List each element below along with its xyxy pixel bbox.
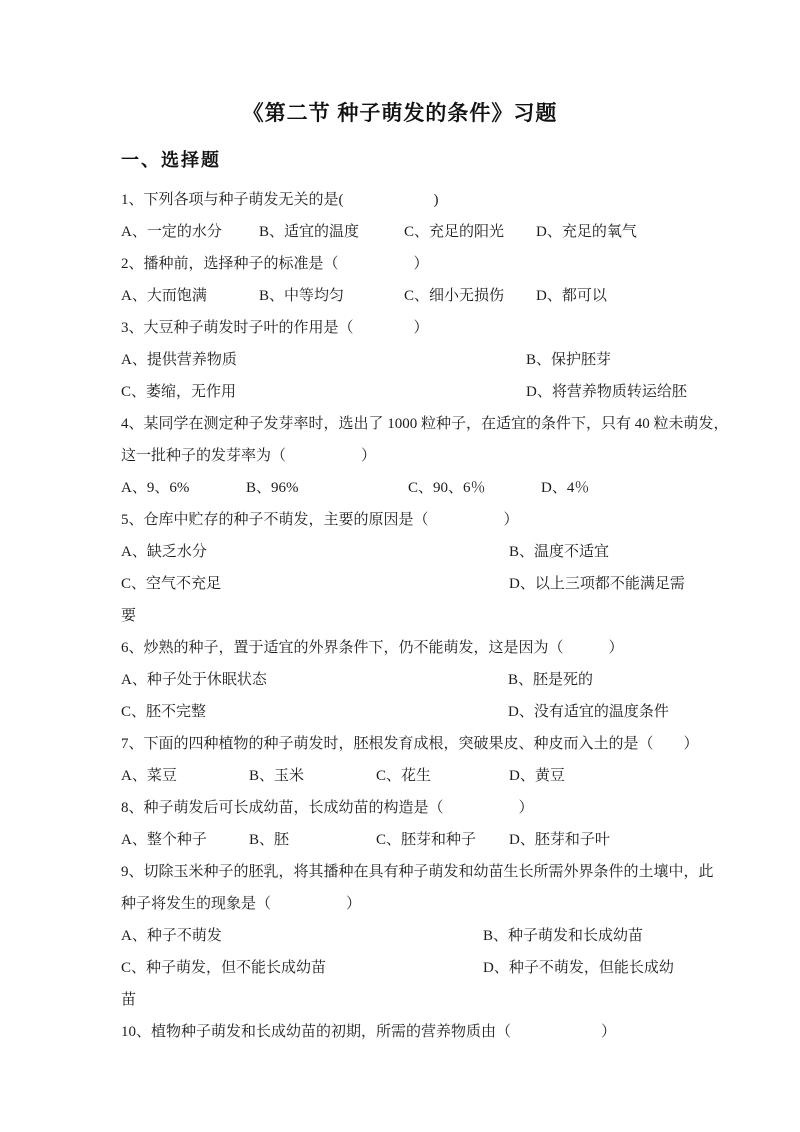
question-4-stem-line: 4、某同学在测定种子发芽率时，选出了 1000 粒种子，在适宜的条件下，只有 4… xyxy=(121,408,721,440)
option-text: D、都可以 xyxy=(536,284,607,308)
page-title: 《第二节 种子萌发的条件》习题 xyxy=(0,97,800,127)
question-4-stem-line: 这一批种子的发芽率为（ ） xyxy=(121,440,721,472)
question-7-stem-line: 7、下面的四种植物的种子萌发时，胚根发育成根，突破果皮、种皮而入土的是（ ） xyxy=(121,728,721,760)
section-heading: 一、选择题 xyxy=(121,146,221,172)
question-5-options-line: A、缺乏水分B、温度不适宜 xyxy=(121,536,721,568)
question-text: 7、下面的四种植物的种子萌发时，胚根发育成根，突破果皮、种皮而入土的是（ ） xyxy=(121,732,699,756)
question-2-options-line: A、大而饱满B、中等均匀C、细小无损伤D、都可以 xyxy=(121,280,721,312)
option-text: C、90、6％ xyxy=(408,476,486,500)
worksheet-page: 《第二节 种子萌发的条件》习题 一、选择题 1、下列各项与种子萌发无关的是( )… xyxy=(0,0,800,1132)
question-9-cont-line: 苗 xyxy=(121,984,721,1016)
question-3-stem-line: 3、大豆种子萌发时子叶的作用是（ ） xyxy=(121,312,721,344)
question-text: 1、下列各项与种子萌发无关的是( ) xyxy=(121,188,439,212)
question-8-options-line: A、整个种子B、胚C、胚芽和种子D、胚芽和子叶 xyxy=(121,824,721,856)
question-9-stem-line: 种子将发生的现象是（ ） xyxy=(121,888,721,920)
option-text: C、萎缩，无作用 xyxy=(121,380,236,404)
question-8-stem-line: 8、种子萌发后可长成幼苗，长成幼苗的构造是（ ） xyxy=(121,792,721,824)
option-text: D、种子不萌发，但能长成幼 xyxy=(483,956,674,980)
option-text: A、整个种子 xyxy=(121,828,207,852)
question-9-stem-line: 9、切除玉米种子的胚乳，将其播种在具有种子萌发和幼苗生长所需外界条件的土壤中，此 xyxy=(121,856,721,888)
option-text: B、保护胚芽 xyxy=(526,348,611,372)
option-text: B、温度不适宜 xyxy=(509,540,609,564)
option-text: A、提供营养物质 xyxy=(121,348,237,372)
question-text: 要 xyxy=(121,604,136,628)
question-6-stem-line: 6、炒熟的种子，置于适宜的外界条件下，仍不能萌发，这是因为（ ） xyxy=(121,632,721,664)
question-text: 8、种子萌发后可长成幼苗，长成幼苗的构造是（ ） xyxy=(121,796,534,820)
option-text: B、96% xyxy=(246,476,299,500)
question-3-options-line: C、萎缩，无作用D、将营养物质转运给胚 xyxy=(121,376,721,408)
option-text: B、胚是死的 xyxy=(508,668,593,692)
option-text: A、缺乏水分 xyxy=(121,540,207,564)
question-7-options-line: A、菜豆B、玉米C、花生D、黄豆 xyxy=(121,760,721,792)
question-5-stem-line: 5、仓库中贮存的种子不萌发，主要的原因是（ ） xyxy=(121,504,721,536)
question-10-stem-line: 10、植物种子萌发和长成幼苗的初期，所需的营养物质由（ ） xyxy=(121,1016,721,1048)
option-text: D、胚芽和子叶 xyxy=(509,828,610,852)
option-text: C、花生 xyxy=(376,764,431,788)
question-list: 1、下列各项与种子萌发无关的是( )A、一定的水分B、适宜的温度C、充足的阳光D… xyxy=(121,184,721,1048)
option-text: B、胚 xyxy=(249,828,289,852)
question-6-options-line: C、胚不完整D、没有适宜的温度条件 xyxy=(121,696,721,728)
option-text: D、没有适宜的温度条件 xyxy=(508,700,669,724)
option-text: B、种子萌发和长成幼苗 xyxy=(483,924,643,948)
question-5-options-line: C、空气不充足D、以上三项都不能满足需 xyxy=(121,568,721,600)
option-text: B、适宜的温度 xyxy=(259,220,359,244)
option-text: B、中等均匀 xyxy=(259,284,344,308)
question-text: 4、某同学在测定种子发芽率时，选出了 1000 粒种子，在适宜的条件下，只有 4… xyxy=(121,412,729,436)
question-9-options-line: A、种子不萌发B、种子萌发和长成幼苗 xyxy=(121,920,721,952)
option-text: C、空气不充足 xyxy=(121,572,221,596)
option-text: B、玉米 xyxy=(249,764,304,788)
question-text: 6、炒熟的种子，置于适宜的外界条件下，仍不能萌发，这是因为（ ） xyxy=(121,636,624,660)
question-text: 苗 xyxy=(121,988,136,1012)
question-text: 2、播种前，选择种子的标准是（ ） xyxy=(121,252,429,276)
question-text: 9、切除玉米种子的胚乳，将其播种在具有种子萌发和幼苗生长所需外界条件的土壤中，此 xyxy=(121,860,714,884)
option-text: D、以上三项都不能满足需 xyxy=(509,572,685,596)
question-text: 种子将发生的现象是（ ） xyxy=(121,892,361,916)
question-1-options-line: A、一定的水分B、适宜的温度C、充足的阳光D、充足的氧气 xyxy=(121,216,721,248)
question-5-cont-line: 要 xyxy=(121,600,721,632)
question-3-options-line: A、提供营养物质B、保护胚芽 xyxy=(121,344,721,376)
question-6-options-line: A、种子处于休眠状态B、胚是死的 xyxy=(121,664,721,696)
question-text: 5、仓库中贮存的种子不萌发，主要的原因是（ ） xyxy=(121,508,519,532)
question-9-options-line: C、种子萌发，但不能长成幼苗D、种子不萌发，但能长成幼 xyxy=(121,952,721,984)
question-text: 3、大豆种子萌发时子叶的作用是（ ） xyxy=(121,316,429,340)
question-4-options-line: A、9、6%B、96%C、90、6％D、4％ xyxy=(121,472,721,504)
question-text: 10、植物种子萌发和长成幼苗的初期，所需的营养物质由（ ） xyxy=(121,1020,616,1044)
option-text: A、种子处于休眠状态 xyxy=(121,668,267,692)
option-text: A、9、6% xyxy=(121,476,189,500)
option-text: C、胚芽和种子 xyxy=(376,828,476,852)
option-text: D、黄豆 xyxy=(509,764,565,788)
option-text: D、充足的氧气 xyxy=(536,220,637,244)
question-1-stem-line: 1、下列各项与种子萌发无关的是( ) xyxy=(121,184,721,216)
option-text: D、将营养物质转运给胚 xyxy=(526,380,687,404)
option-text: A、一定的水分 xyxy=(121,220,222,244)
question-2-stem-line: 2、播种前，选择种子的标准是（ ） xyxy=(121,248,721,280)
option-text: A、菜豆 xyxy=(121,764,177,788)
option-text: C、胚不完整 xyxy=(121,700,206,724)
option-text: A、种子不萌发 xyxy=(121,924,222,948)
option-text: C、种子萌发，但不能长成幼苗 xyxy=(121,956,326,980)
option-text: C、充足的阳光 xyxy=(404,220,504,244)
option-text: A、大而饱满 xyxy=(121,284,207,308)
option-text: C、细小无损伤 xyxy=(404,284,504,308)
option-text: D、4％ xyxy=(541,476,589,500)
question-text: 这一批种子的发芽率为（ ） xyxy=(121,444,376,468)
